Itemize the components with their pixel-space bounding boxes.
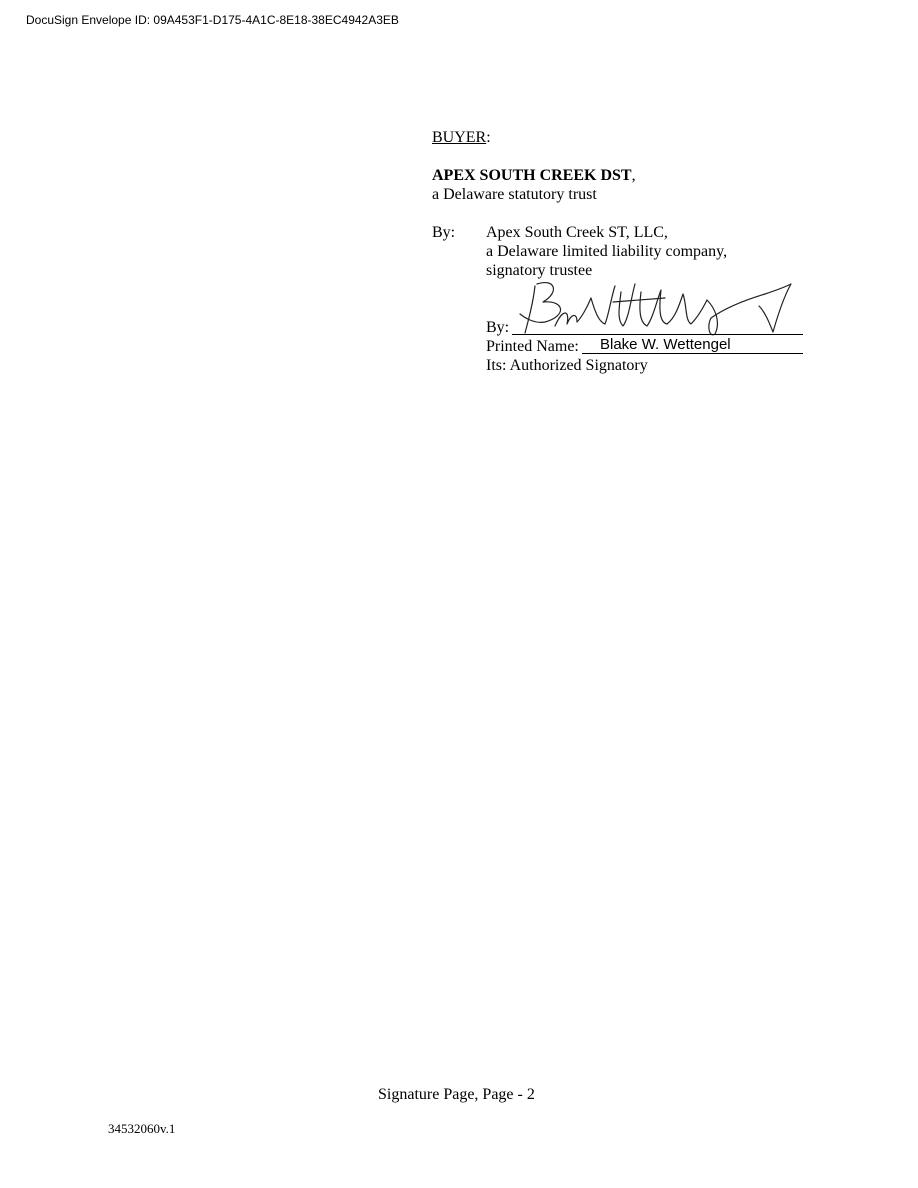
entity-name-text: APEX SOUTH CREEK DST <box>432 167 632 184</box>
printed-name-label: Printed Name: <box>486 337 579 356</box>
entity-name-suffix: , <box>632 167 636 184</box>
by-label: By: <box>432 223 455 242</box>
entity-description: a Delaware statutory trust <box>432 185 597 204</box>
trustee-block: Apex South Creek ST, LLC, a Delaware lim… <box>486 223 727 280</box>
page-footer-label: Signature Page, Page - 2 <box>378 1085 535 1104</box>
docusign-envelope-id: DocuSign Envelope ID: 09A453F1-D175-4A1C… <box>26 13 399 27</box>
printed-name-value: Blake W. Wettengel <box>600 336 731 353</box>
handwritten-signature-icon <box>515 278 795 338</box>
printed-name-line <box>582 353 803 354</box>
trustee-line: Apex South Creek ST, LLC, <box>486 223 727 242</box>
entity-name: APEX SOUTH CREEK DST, <box>432 166 636 185</box>
signer-title: Its: Authorized Signatory <box>486 356 648 375</box>
document-id: 34532060v.1 <box>108 1119 175 1138</box>
party-label-text: BUYER <box>432 129 486 146</box>
signer-by-label: By: <box>486 318 509 337</box>
party-label-suffix: : <box>486 129 490 146</box>
trustee-line: a Delaware limited liability company, <box>486 242 727 261</box>
party-label: BUYER: <box>432 128 491 147</box>
signature-line <box>512 334 803 335</box>
